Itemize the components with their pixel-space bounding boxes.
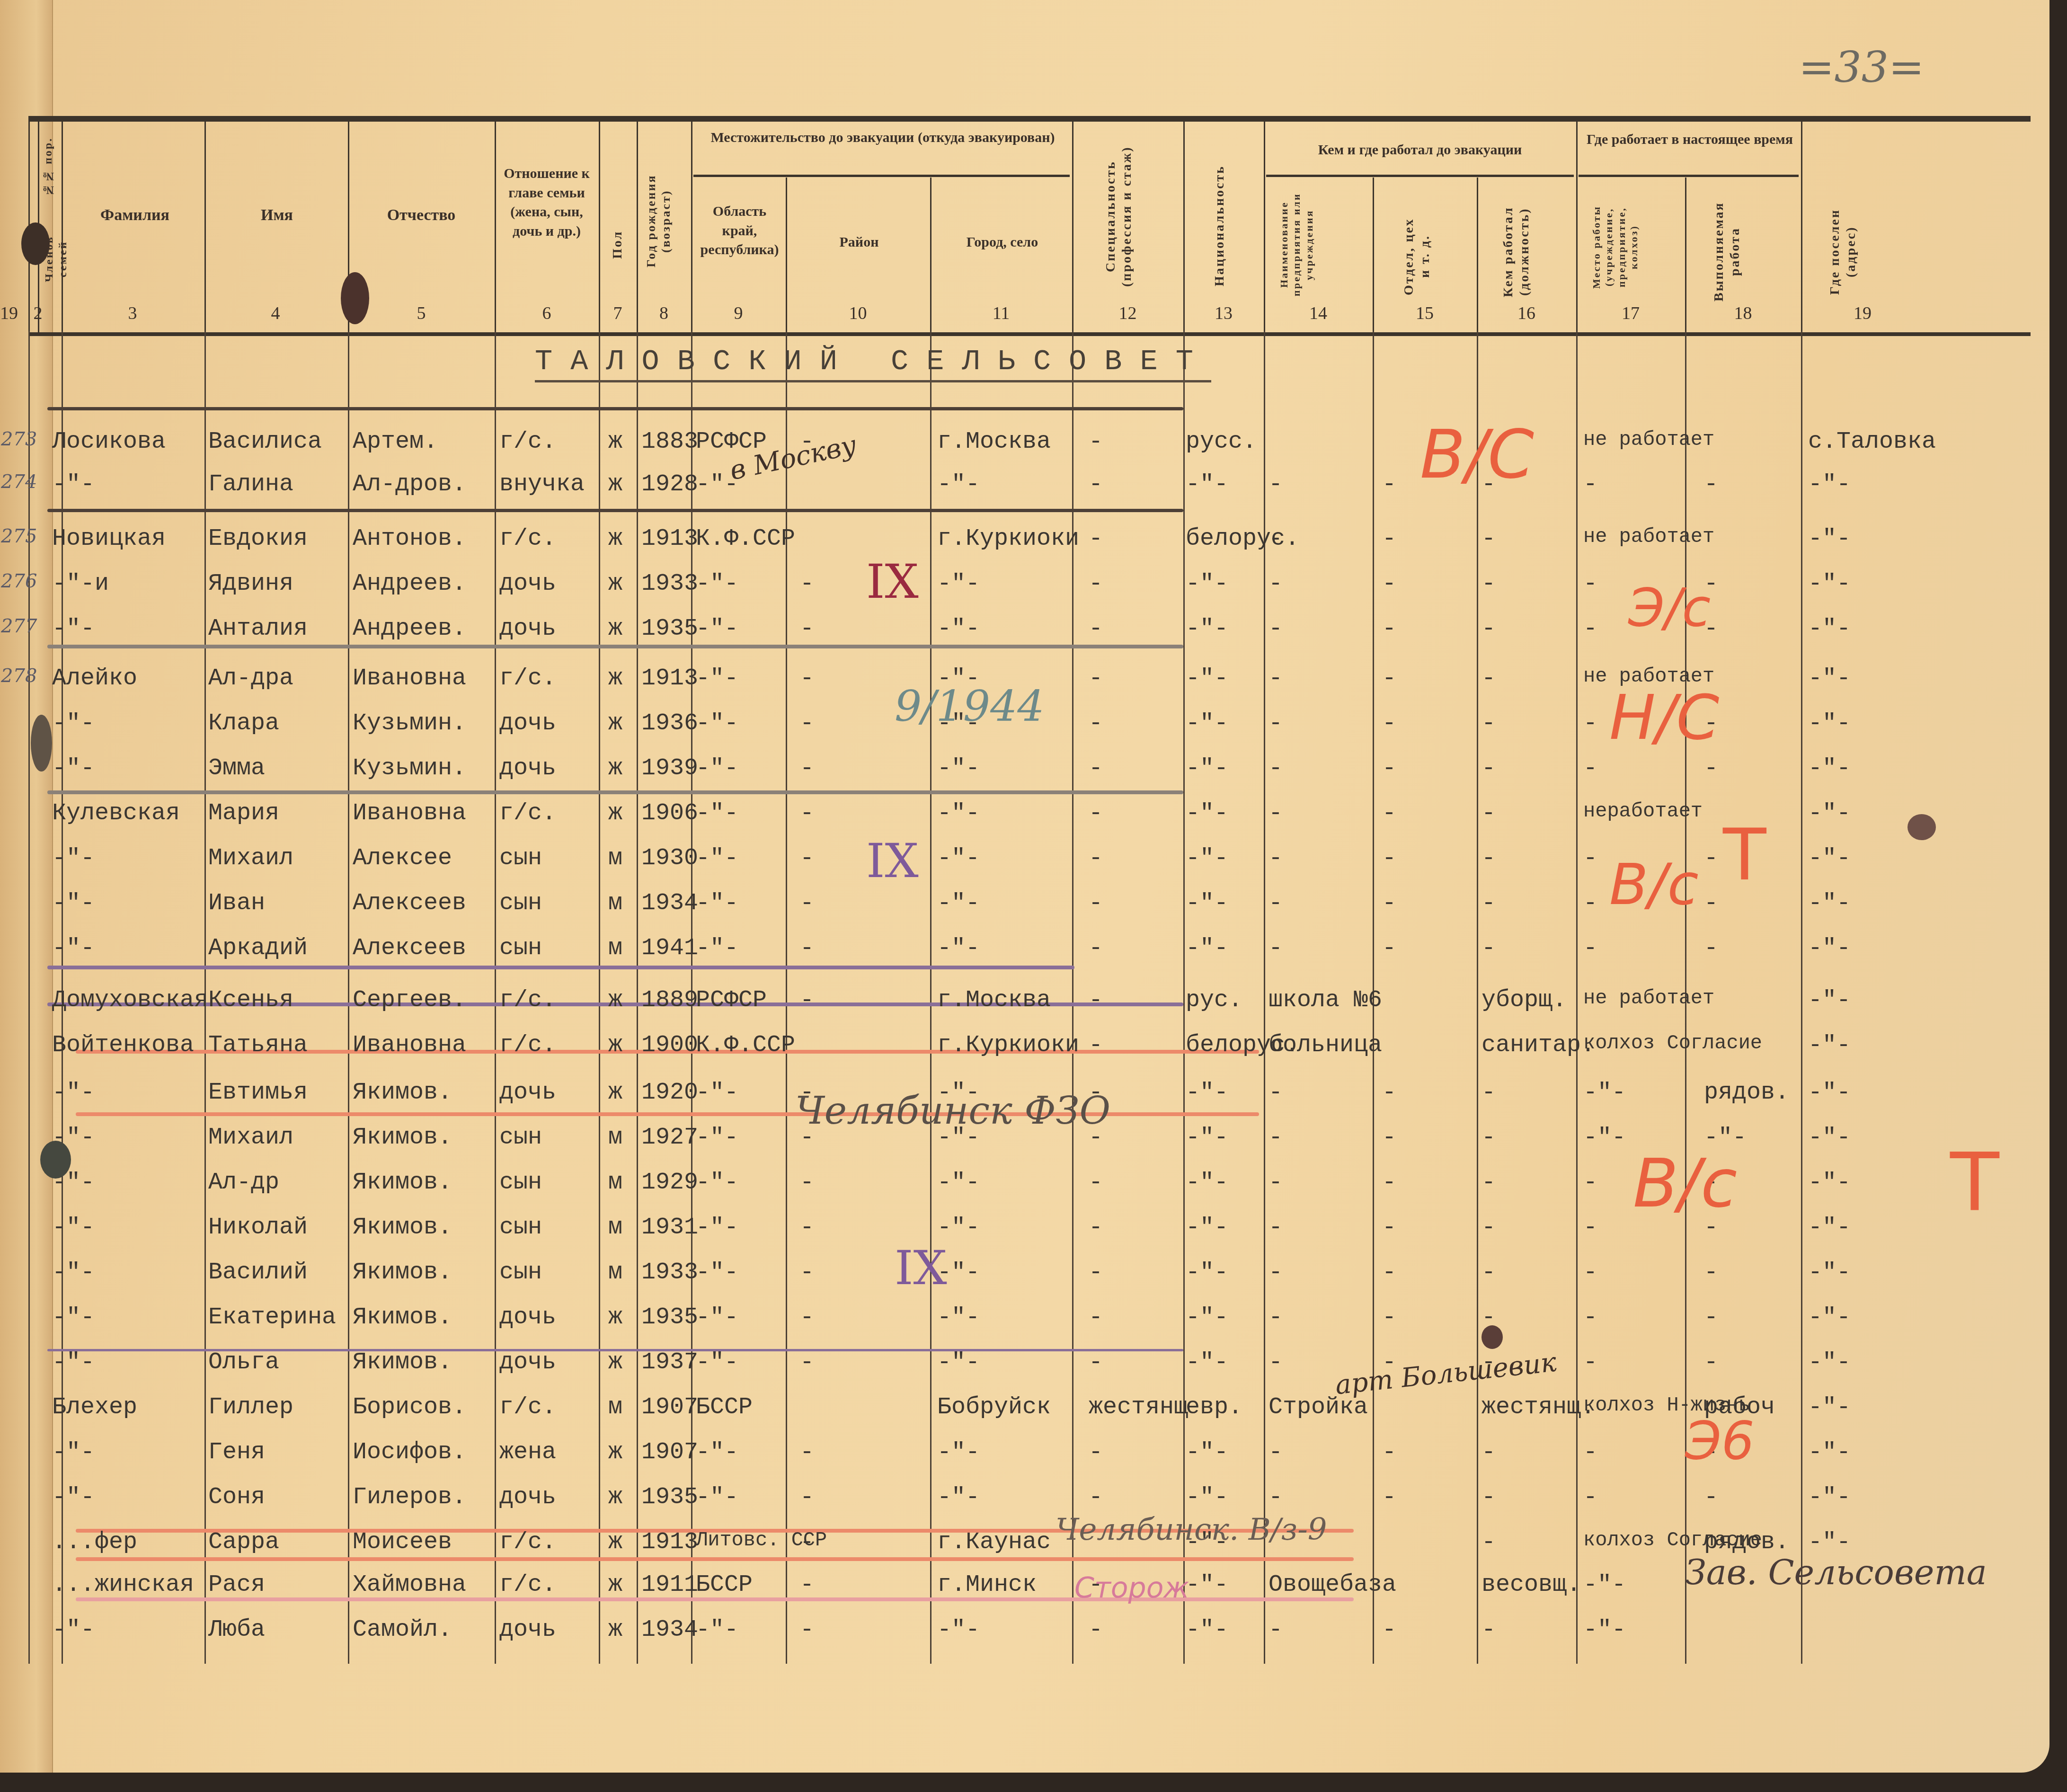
birth-year-cell: 1911 [641, 1571, 698, 1598]
red-mark: В/с [1633, 1145, 1737, 1223]
org-cell: больница [1269, 1032, 1382, 1059]
name-cell: Ал-дра [208, 665, 293, 692]
district-cell: - [800, 1529, 814, 1556]
sex-cell: ж [608, 1304, 622, 1331]
address-cell: -"- [1808, 570, 1851, 597]
name-cell: Эмма [208, 755, 265, 782]
name-cell: Василий [208, 1259, 308, 1286]
nationality-cell: -"- [1186, 1304, 1228, 1331]
sex-cell: ж [608, 755, 622, 782]
dept-cell: - [1382, 800, 1396, 827]
position-cell: весовщ. [1481, 1571, 1581, 1598]
position-cell: - [1481, 665, 1496, 692]
city-cell: г.Куркиоки [937, 1032, 1079, 1059]
address-cell: -"- [1808, 890, 1851, 917]
specialty-cell: - [1089, 1259, 1103, 1286]
surname-cell: -"- [52, 845, 95, 872]
org-cell: - [1269, 615, 1283, 642]
sex-cell: ж [608, 1079, 622, 1106]
surname-cell: Алейко [52, 665, 137, 692]
district-cell: - [800, 987, 814, 1014]
sex-cell: ж [608, 1439, 622, 1466]
sex-cell: ж [608, 665, 622, 692]
specialty-cell: - [1089, 570, 1103, 597]
sex-cell: м [608, 1169, 622, 1196]
position-cell: уборщ. [1481, 987, 1567, 1014]
sex-cell: м [608, 1124, 622, 1151]
specialty-cell: - [1089, 710, 1103, 737]
district-cell: - [800, 845, 814, 872]
patronymic-cell: Ивановна [353, 1032, 466, 1059]
org-cell: Овощебаза [1269, 1571, 1396, 1598]
birth-year-cell: 1913 [641, 1529, 698, 1556]
name-cell: Ал-др [208, 1169, 279, 1196]
relation-cell: дочь [499, 1484, 556, 1511]
header-sex: Пол [610, 197, 626, 292]
district-cell: - [800, 1259, 814, 1286]
nationality-cell: -"- [1186, 1349, 1228, 1376]
relation-cell: г/с. [499, 428, 556, 455]
district-cell: - [800, 615, 814, 642]
birth-year-cell: 1937 [641, 1349, 698, 1376]
work-job-cell: - [1704, 935, 1718, 962]
ink-blot [341, 272, 369, 324]
patronymic-cell: Борисов. [353, 1394, 466, 1421]
org-cell: - [1269, 1079, 1283, 1106]
region-cell: -"- [696, 1484, 738, 1511]
birth-year-cell: 1928 [641, 471, 698, 498]
city-cell: -"- [937, 845, 980, 872]
specialty-cell: жестянщ [1089, 1394, 1188, 1421]
name-cell: Люба [208, 1616, 265, 1643]
birth-year-cell: 1933 [641, 1259, 698, 1286]
region-cell: -"- [696, 1304, 738, 1331]
patronymic-cell: Якимов. [353, 1349, 452, 1376]
address-cell: -"- [1808, 1439, 1851, 1466]
patronymic-cell: Ал-дров. [353, 471, 466, 498]
header-dept: Отдел, цех и т. д. [1401, 212, 1448, 302]
relation-cell: г/с. [499, 800, 556, 827]
address-cell: -"- [1808, 710, 1851, 737]
birth-year-cell: 1900 [641, 1032, 698, 1059]
binding-hole [31, 715, 52, 772]
relation-cell: г/с. [499, 987, 556, 1014]
name-cell: Николай [208, 1214, 308, 1241]
region-cell: -"- [696, 1124, 738, 1151]
name-cell: Ольга [208, 1349, 279, 1376]
district-cell: - [800, 800, 814, 827]
header-group-current-work: Где работает в настоящее время [1581, 130, 1799, 150]
bolshevik-note: арт Большевик [1334, 1347, 1558, 1401]
name-cell: Евдокия [208, 525, 308, 552]
header-address: Где поселен (адрес) [1827, 202, 1884, 302]
patronymic-cell: Антонов. [353, 525, 466, 552]
district-cell: - [800, 1571, 814, 1598]
district-cell: - [800, 710, 814, 737]
work-job-cell: - [1704, 471, 1718, 498]
address-cell: -"- [1808, 665, 1851, 692]
name-cell: Ядвиня [208, 570, 293, 597]
work-job-cell: - [1704, 1349, 1718, 1376]
sex-cell: ж [608, 800, 622, 827]
work-place-cell: - [1583, 755, 1597, 782]
city-cell: -"- [937, 570, 980, 597]
relation-cell: сын [499, 1259, 542, 1286]
city-cell: -"- [937, 1214, 980, 1241]
position-cell: - [1481, 890, 1496, 917]
specialty-cell: - [1089, 525, 1103, 552]
specialty-cell: - [1089, 471, 1103, 498]
dept-cell: - [1382, 1124, 1396, 1151]
city-cell: -"- [937, 615, 980, 642]
row-margin-number: 273 [1, 428, 37, 450]
surname-cell: -"-и [52, 570, 109, 597]
position-cell: - [1481, 1484, 1496, 1511]
city-cell: -"- [937, 935, 980, 962]
nationality-cell: -"- [1186, 1079, 1228, 1106]
region-cell: -"- [696, 890, 738, 917]
binding-hole [21, 222, 50, 265]
patronymic-cell: Артем. [353, 428, 438, 455]
patronymic-cell: Ивановна [353, 665, 466, 692]
work-place-cell: - [1583, 1304, 1597, 1331]
birth-year-cell: 1889 [641, 987, 698, 1014]
dept-cell: - [1382, 890, 1396, 917]
region-cell: -"- [696, 1349, 738, 1376]
position-cell: - [1481, 1124, 1496, 1151]
row-margin-number: 275 [1, 525, 37, 547]
specialty-cell: - [1089, 1616, 1103, 1643]
surname-cell: -"- [52, 1439, 95, 1466]
header-group-residence: Местожительство до эвакуации (откуда эва… [696, 128, 1070, 148]
org-cell: - [1269, 1616, 1283, 1643]
region-cell: -"- [696, 615, 738, 642]
name-cell: Сарра [208, 1529, 279, 1556]
org-cell: - [1269, 665, 1283, 692]
section-title: ТАЛОВСКИЙ СЕЛЬСОВЕТ [535, 345, 1211, 382]
work-place-cell: - [1583, 1259, 1597, 1286]
surname-cell: ...жинская [52, 1571, 194, 1598]
chelyabinsk-note: Челябинск. В/з-9 [1056, 1512, 1327, 1547]
surname-cell: -"- [52, 1214, 95, 1241]
work-place-cell: - [1583, 710, 1597, 737]
city-cell: г.Куркиоки [937, 525, 1079, 552]
header-work-place: Место работы (учреждение, предприятие, к… [1590, 193, 1676, 302]
birth-year-cell: 1934 [641, 890, 698, 917]
nationality-cell: -"- [1186, 1214, 1228, 1241]
work-job-cell: - [1704, 755, 1718, 782]
nationality-cell: -"- [1186, 890, 1228, 917]
work-place-cell: - [1583, 471, 1597, 498]
name-cell: Клара [208, 710, 279, 737]
ink-blot [1481, 1325, 1503, 1349]
city-cell: г.Каунас [937, 1529, 1051, 1556]
specialty-cell: - [1089, 1304, 1103, 1331]
surname-cell: -"- [52, 1304, 95, 1331]
relation-cell: г/с. [499, 1032, 556, 1059]
work-place-cell: не работает [1583, 428, 1714, 451]
address-cell: -"- [1808, 1394, 1851, 1421]
row-margin-number: 274 [1, 471, 37, 493]
name-cell: Иван [208, 890, 265, 917]
relation-cell: сын [499, 1124, 542, 1151]
district-cell: - [800, 665, 814, 692]
nationality-cell: -"- [1186, 1124, 1228, 1151]
patronymic-cell: Алексее [353, 845, 452, 872]
signature: Зав. Сельсовета [1685, 1552, 1987, 1592]
surname-cell: Лосикова [52, 428, 166, 455]
sex-cell: ж [608, 987, 622, 1014]
name-cell: Екатерина [208, 1304, 336, 1331]
patronymic-cell: Якимов. [353, 1259, 452, 1286]
address-cell: -"- [1808, 1079, 1851, 1106]
surname-cell: -"- [52, 615, 95, 642]
patronymic-cell: Андреев. [353, 570, 466, 597]
nationality-cell: рус. [1186, 987, 1242, 1014]
name-cell: Ксенья [208, 987, 293, 1014]
address-cell: -"- [1808, 755, 1851, 782]
birth-year-cell: 1930 [641, 845, 698, 872]
dept-cell: - [1382, 1439, 1396, 1466]
name-cell: Василиса [208, 428, 322, 455]
relation-cell: г/с. [499, 1529, 556, 1556]
specialty-cell: - [1089, 1484, 1103, 1511]
sex-cell: м [608, 845, 622, 872]
roman-numeral-mark: IX [866, 554, 919, 609]
header-work-job: Выполняемая работа [1711, 202, 1768, 302]
sex-cell: м [608, 1394, 622, 1421]
nationality-cell: евр. [1186, 1394, 1242, 1421]
nationality-cell: -"- [1186, 935, 1228, 962]
patronymic-cell: Якимов. [353, 1124, 452, 1151]
district-cell: - [800, 1439, 814, 1466]
group-divider [47, 407, 1183, 410]
group-divider [47, 509, 1183, 512]
surname-cell: Блехер [52, 1394, 137, 1421]
sex-cell: ж [608, 471, 622, 498]
address-cell: -"- [1808, 1304, 1851, 1331]
birth-year-cell: 1907 [641, 1394, 698, 1421]
strike-line [76, 1557, 1354, 1561]
org-cell: - [1269, 755, 1283, 782]
region-cell: -"- [696, 1616, 738, 1643]
dept-cell: - [1382, 710, 1396, 737]
position-cell: - [1481, 570, 1496, 597]
sex-cell: м [608, 1214, 622, 1241]
header-patronymic: Отчество [353, 204, 490, 226]
roman-numeral-mark: IX [866, 833, 919, 888]
org-cell: - [1269, 845, 1283, 872]
sex-cell: ж [608, 428, 622, 455]
name-cell: Анталия [208, 615, 308, 642]
patronymic-cell: Кузьмин. [353, 710, 466, 737]
address-cell: с.Таловка [1808, 428, 1936, 455]
org-cell: - [1269, 1214, 1283, 1241]
name-cell: Михаил [208, 1124, 293, 1151]
specialty-cell: - [1089, 665, 1103, 692]
work-place-cell: - [1583, 570, 1597, 597]
name-cell: Рася [208, 1571, 265, 1598]
relation-cell: дочь [499, 755, 556, 782]
address-cell: -"- [1808, 1349, 1851, 1376]
sex-cell: ж [608, 570, 622, 597]
position-cell: жестянщ. [1481, 1394, 1595, 1421]
region-cell: К.Ф.ССР [696, 525, 795, 552]
nationality-cell: -"- [1186, 471, 1228, 498]
work-place-cell: - [1583, 1169, 1597, 1196]
chelyabinsk-fzo-note: Челябинск ФЗО [795, 1089, 1110, 1133]
document-sheet: =33= №№ пор. Членов семей Фамилия Имя От… [0, 0, 2049, 1773]
dept-cell: - [1382, 615, 1396, 642]
region-cell: -"- [696, 935, 738, 962]
region-cell: -"- [696, 1169, 738, 1196]
region-cell: РСФСР [696, 987, 767, 1014]
birth-year-cell: 1935 [641, 1484, 698, 1511]
work-place-cell: не работает [1583, 525, 1714, 548]
region-cell: -"- [696, 1079, 738, 1106]
dept-cell: - [1382, 1484, 1396, 1511]
dept-cell: - [1382, 525, 1396, 552]
birth-year-cell: 1913 [641, 525, 698, 552]
address-cell: -"- [1808, 1032, 1851, 1059]
relation-cell: сын [499, 935, 542, 962]
sex-cell: ж [608, 1032, 622, 1059]
city-cell: -"- [937, 1439, 980, 1466]
region-cell: -"- [696, 665, 738, 692]
position-cell: - [1481, 755, 1496, 782]
city-cell: -"- [937, 800, 980, 827]
header-district: Район [790, 233, 928, 252]
position-cell: - [1481, 615, 1496, 642]
header-col1: №№ пор. [42, 131, 55, 202]
surname-cell: -"- [52, 755, 95, 782]
district-cell: - [800, 1484, 814, 1511]
region-cell: БССР [696, 1394, 753, 1421]
dept-cell: - [1382, 1079, 1396, 1106]
dept-cell: - [1382, 1214, 1396, 1241]
red-mark: Т [1950, 1136, 1999, 1230]
specialty-cell: - [1089, 845, 1103, 872]
sex-cell: ж [608, 710, 622, 737]
dept-cell: - [1382, 845, 1396, 872]
city-cell: г.Москва [937, 428, 1051, 455]
patronymic-cell: Якимов. [353, 1169, 452, 1196]
sex-cell: ж [608, 1349, 622, 1376]
red-mark: Э6 [1685, 1411, 1755, 1471]
patronymic-cell: Сергеев. [353, 987, 466, 1014]
position-cell: - [1481, 800, 1496, 827]
red-mark: Э/с [1628, 577, 1711, 638]
patronymic-cell: Моисеев [353, 1529, 452, 1556]
city-cell: -"- [937, 1349, 980, 1376]
patronymic-cell: Якимов. [353, 1214, 452, 1241]
birth-year-cell: 1941 [641, 935, 698, 962]
header-surname: Фамилия [66, 204, 204, 226]
region-cell: К.Ф.ССР [696, 1032, 795, 1059]
relation-cell: дочь [499, 1304, 556, 1331]
district-cell: - [800, 755, 814, 782]
relation-cell: дочь [499, 1616, 556, 1643]
org-cell: - [1269, 1124, 1283, 1151]
header-name: Имя [208, 204, 346, 226]
position-cell: - [1481, 935, 1496, 962]
sex-cell: ж [608, 615, 622, 642]
sex-cell: ж [608, 525, 622, 552]
header-position: Кем работал (должность) [1500, 202, 1548, 302]
header-birth-year: Год рождения (возраст) [644, 150, 682, 292]
relation-cell: дочь [499, 710, 556, 737]
nationality-cell: -"- [1186, 845, 1228, 872]
region-cell: БССР [696, 1571, 753, 1598]
date-note: 9/1944 [895, 682, 1045, 731]
region-cell: -"- [696, 845, 738, 872]
specialty-cell: - [1089, 428, 1103, 455]
surname-cell: Войтенкова [52, 1032, 194, 1059]
surname-cell: -"- [52, 710, 95, 737]
name-cell: Михаил [208, 845, 293, 872]
sex-cell: ж [608, 1616, 622, 1643]
address-cell: -"- [1808, 800, 1851, 827]
dept-cell: - [1382, 755, 1396, 782]
dept-cell: - [1382, 1616, 1396, 1643]
address-cell: -"- [1808, 845, 1851, 872]
relation-cell: г/с. [499, 1571, 556, 1598]
region-cell: -"- [696, 710, 738, 737]
work-place-cell: - [1583, 1349, 1597, 1376]
dept-cell: - [1382, 570, 1396, 597]
name-cell: Гиллер [208, 1394, 293, 1421]
surname-cell: -"- [52, 471, 95, 498]
patronymic-cell: Самойл. [353, 1616, 452, 1643]
address-cell: -"- [1808, 471, 1851, 498]
nationality-cell: -"- [1186, 1439, 1228, 1466]
work-place-cell: - [1583, 1484, 1597, 1511]
binding-hole [40, 1141, 71, 1179]
district-cell: - [800, 1616, 814, 1643]
birth-year-cell: 1920 [641, 1079, 698, 1106]
row-margin-number: 276 [1, 570, 37, 592]
row-margin-number: 278 [1, 665, 37, 687]
work-place-cell: - [1583, 935, 1597, 962]
row-margin-number: 277 [1, 615, 37, 637]
position-cell: - [1481, 1079, 1496, 1106]
header-region: Область край, республика) [696, 202, 783, 260]
city-cell: -"- [937, 1304, 980, 1331]
specialty-cell: - [1089, 1169, 1103, 1196]
sex-cell: ж [608, 1484, 622, 1511]
address-cell: -"- [1808, 1214, 1851, 1241]
nationality-cell: -"- [1186, 665, 1228, 692]
region-cell: -"- [696, 755, 738, 782]
relation-cell: сын [499, 890, 542, 917]
name-cell: Галина [208, 471, 293, 498]
specialty-cell: - [1089, 890, 1103, 917]
dept-cell: - [1382, 471, 1396, 498]
surname-cell: -"- [52, 890, 95, 917]
sex-cell: м [608, 1259, 622, 1286]
address-cell: -"- [1808, 1169, 1851, 1196]
nationality-cell: -"- [1186, 1571, 1228, 1598]
header-group-prev-work: Кем и где работал до эвакуации [1269, 141, 1571, 160]
birth-year-cell: 1931 [641, 1214, 698, 1241]
header-relation: Отношение к главе семьи (жена, сын, дочь… [499, 164, 594, 241]
birth-year-cell: 1939 [641, 755, 698, 782]
roman-numeral-mark: IX [895, 1240, 947, 1295]
sex-cell: м [608, 890, 622, 917]
specialty-cell: - [1089, 755, 1103, 782]
patronymic-cell: Хаймовна [353, 1571, 466, 1598]
work-place-cell: - [1583, 890, 1597, 917]
